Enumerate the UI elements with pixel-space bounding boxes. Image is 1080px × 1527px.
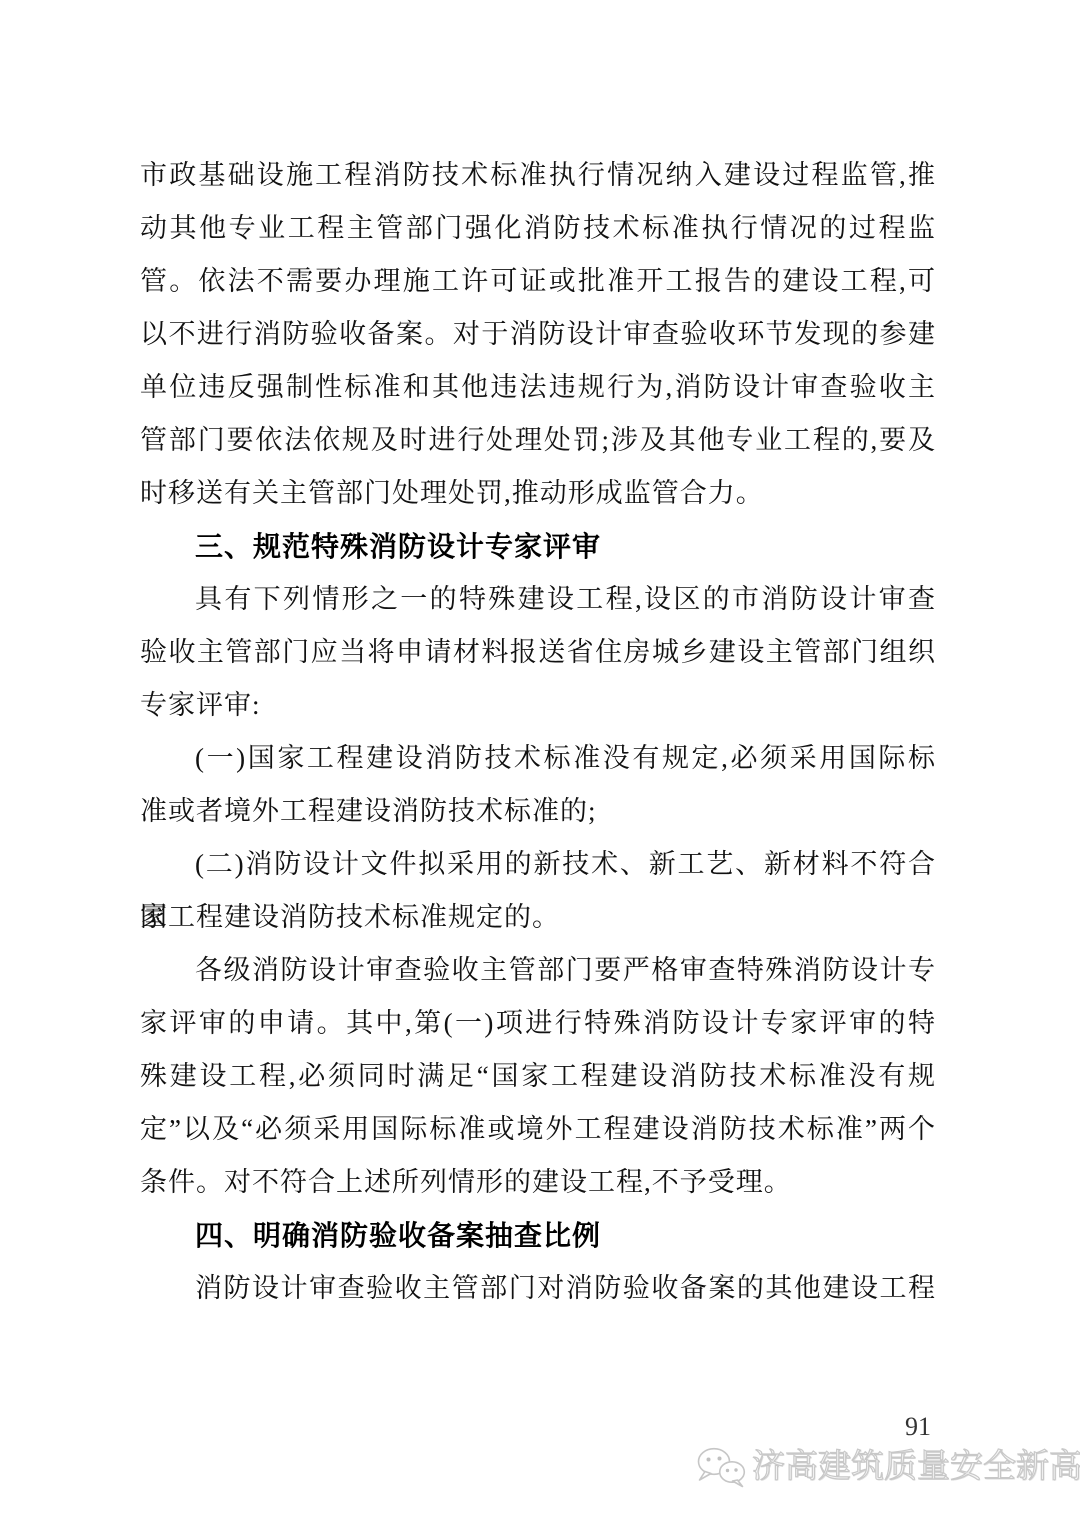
text-line: 市政基础设施工程消防技术标准执行情况纳入建设过程监管,推 [140,149,936,202]
text-line: 以不进行消防验收备案。对于消防设计审查验收环节发现的参建 [140,308,936,361]
text-line: 时移送有关主管部门处理处罚,推动形成监管合力。 [140,467,936,520]
watermark-text: 济高建筑质量安全新高地 [752,1446,1080,1488]
text-line: 验收主管部门应当将申请材料报送省住房城乡建设主管部门组织 [140,626,936,679]
text-line: 具有下列情形之一的特殊建设工程,设区的市消防设计审查 [140,573,936,626]
text-line: 家工程建设消防技术标准规定的。 [140,891,936,944]
text-line: 管部门要依法依规及时进行处理处罚;涉及其他专业工程的,要及 [140,414,936,467]
text-line: (一)国家工程建设消防技术标准没有规定,必须采用国际标 [140,732,936,785]
text-line: 动其他专业工程主管部门强化消防技术标准执行情况的过程监 [140,202,936,255]
text-line: 条件。对不符合上述所列情形的建设工程,不予受理。 [140,1156,936,1209]
text-line: 定”以及“必须采用国际标准或境外工程建设消防技术标准”两个 [140,1103,936,1156]
document-body: 市政基础设施工程消防技术标准执行情况纳入建设过程监管,推动其他专业工程主管部门强… [140,149,936,1315]
document-page: 市政基础设施工程消防技术标准执行情况纳入建设过程监管,推动其他专业工程主管部门强… [0,0,1080,1527]
text-line: (二)消防设计文件拟采用的新技术、新工艺、新材料不符合国 [140,838,936,891]
section-heading: 四、明确消防验收备案抽查比例 [140,1209,936,1262]
watermark: 济高建筑质量安全新高地 [696,1446,1080,1488]
text-line: 家评审的申请。其中,第(一)项进行特殊消防设计专家评审的特 [140,997,936,1050]
text-line: 准或者境外工程建设消防技术标准的; [140,785,936,838]
text-line: 专家评审: [140,679,936,732]
page-number: 91 [880,1412,956,1442]
text-line: 殊建设工程,必须同时满足“国家工程建设消防技术标准没有规 [140,1050,936,1103]
text-line: 消防设计审查验收主管部门对消防验收备案的其他建设工程 [140,1262,936,1315]
text-line: 单位违反强制性标准和其他违法违规行为,消防设计审查验收主 [140,361,936,414]
text-line: 各级消防设计审查验收主管部门要严格审查特殊消防设计专 [140,944,936,997]
section-heading: 三、规范特殊消防设计专家评审 [140,520,936,573]
wechat-icon [696,1446,746,1488]
text-line: 管。依法不需要办理施工许可证或批准开工报告的建设工程,可 [140,255,936,308]
